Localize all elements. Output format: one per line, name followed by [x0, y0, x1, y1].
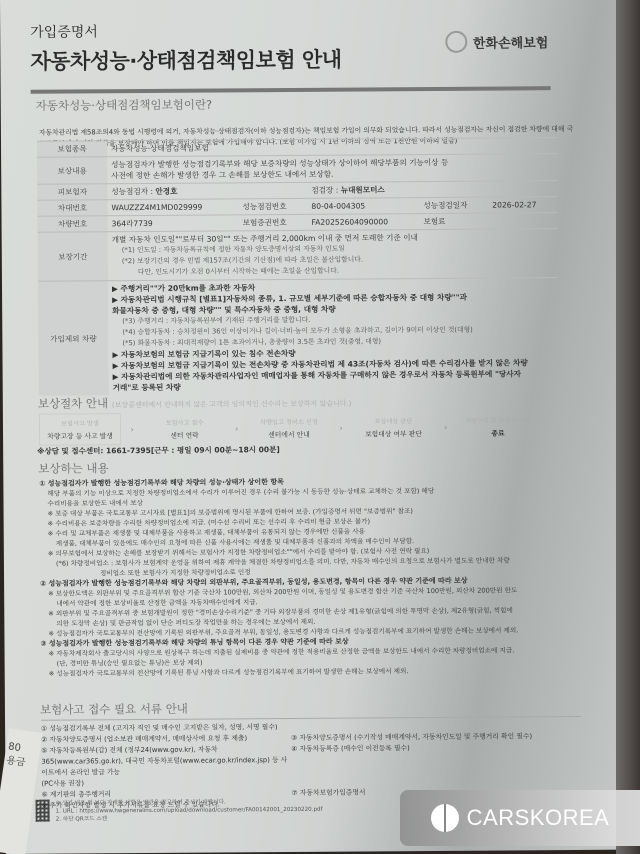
chevron-right-icon: › [444, 422, 447, 431]
insured-label: 피보험자 [37, 184, 107, 200]
chevron-right-icon: › [340, 423, 343, 432]
certificate-paper: 가입증명서 자동차성능·상태점검책임보험 안내 한화손해보험 자동차성능·상태점… [0, 0, 624, 854]
intro-heading: 자동차성능·상태점검책임보험이란? [36, 97, 213, 114]
document-item: ④ 자동차등록증 (매수인 이전등록 필수) [291, 743, 410, 777]
inspector-name: 안경호 [155, 187, 177, 196]
step-desc: 센터에서 안내 [248, 429, 330, 440]
inspection-no-label: 성능점검번호 [238, 198, 307, 214]
procedure-title: 보상절차 안내 [38, 396, 108, 410]
shop-label: 점검장 : [311, 186, 338, 195]
insurance-type-label: 보험종목 [37, 141, 107, 157]
period-note: 다만, 인도시기가 오전 0시부터 시작하는 때에는 초일을 산입합니다. [112, 264, 554, 278]
insurer-brand: 한화손해보험 [445, 30, 549, 53]
exclusion-label: 가입제외 차량 [38, 281, 109, 396]
step-report: 보험사고 접수 센터 연락 [143, 417, 225, 440]
shop-name: 뉴대원모터스 [341, 185, 385, 194]
vin-label: 차대번호 [37, 200, 107, 216]
policy-info-table: 보험종목 자동차성능·상태점검책임보험 보상내용 성능점검자가 발행한 성능점검… [37, 137, 559, 396]
brand-name: 한화손해보험 [473, 32, 548, 52]
document-row: ⑤ 자동차등록원부(갑) 전체 (정부24(www.gov.kr), 자동차36… [41, 742, 601, 779]
procedure-heading: 보상절차 안내 (보상콜센터에서 안내하지 않은 고객의 임의적인 선수리는 보… [38, 394, 352, 412]
policy-no-label: 보험증권번호 [239, 214, 308, 230]
background-edge [616, 0, 640, 854]
shop-cell: 점검장 : 뉴대원모터스 [307, 181, 557, 199]
inspection-date-value: 2026-02-27 [488, 197, 557, 213]
coverage-details: ① 성능점검자가 발행한 성능점검기록부와 해당 차량의 성능·상태가 상이한 … [39, 475, 600, 679]
table-row: 보장기간 개별 자동차 인도일""로부터 30일"" 또는 주행거리 2,000… [38, 229, 558, 282]
step-judgement: 보상대상 판단 보험대상 여부 판단 [352, 416, 434, 439]
exclusion-line: 거래"로 등록된 차량 [113, 379, 555, 393]
title-divider [31, 86, 551, 94]
premium-value [488, 213, 557, 229]
chevron-right-icon: › [131, 425, 134, 434]
vin-value: WAUZZZ4M1MD029999 [107, 199, 238, 216]
carskorea-logo-icon [431, 804, 459, 832]
carskorea-watermark: CARSKOREA [400, 790, 640, 846]
footer-qr-note: 2. 하단 QR코드 스캔 [56, 814, 323, 824]
exclusion-value: ▶ 주행거리""가 20만km를 초과한 자동차 ▶ 자동차관리법 시행규칙 [… [108, 278, 559, 396]
coverage-heading: 보상하는 내용 [38, 460, 108, 476]
step-desc: 보험대상 여부 판단 [352, 428, 434, 439]
documents-heading: 보험사고 접수 필요 서류 안내 [40, 701, 188, 718]
hanwha-logo-icon [445, 31, 467, 53]
step-title: 차량입고 정비소 선정 [248, 417, 330, 427]
plate-label: 차량번호 [38, 216, 108, 232]
contact-center: ※상담 및 접수센터: 1661-7395[근무 : 평일 09시 00분~18… [37, 444, 280, 457]
step-desc: 센터 연락 [143, 429, 225, 440]
period-label: 보장기간 [38, 232, 108, 281]
premium-label: 보험료 [419, 213, 488, 229]
step-payment: 차량수리 및 보험금 지급 종료 [457, 415, 539, 438]
inspector-cell: 성능점검자 : 안경호 [107, 182, 307, 199]
chevron-right-icon: › [235, 424, 238, 433]
document-item: ③ 자동차양도증명서 (수기작성 매매계약서, 자동차인도일 및 주행거리 확인… [291, 731, 532, 744]
step-title: 보험사고 접수 [143, 417, 225, 427]
step-accident: 보험사고 발생 차량고장 등 사고 발생 [39, 413, 121, 446]
qr-code-icon[interactable] [36, 800, 50, 822]
watermark-text: CARSKOREA [467, 805, 610, 831]
inspection-date-label: 성능점검일자 [419, 197, 488, 213]
table-row: 보상내용 성능점검자가 발행한 성능점검기록부와 해당 보증차량의 성능상태가 … [37, 154, 557, 185]
step-title: 보상대상 판단 [352, 416, 434, 426]
coverage-label: 보상내용 [37, 157, 107, 184]
step-desc: 종료 [457, 427, 539, 438]
plate-value: 364라7739 [108, 215, 239, 232]
policy-no-value: FA20252604090000 [307, 214, 419, 231]
table-row: 가입제외 차량 ▶ 주행거리""가 20만km를 초과한 자동차 ▶ 자동차관리… [38, 278, 559, 396]
procedure-note: (보상콜센터에서 안내하지 않은 고객의 임의적인 선수리는 보상하지 않습니다… [112, 400, 352, 410]
inspection-no-value: 80-04-004305 [307, 198, 419, 215]
step-title: 차량수리 및 보험금 지급 [457, 415, 539, 425]
coverage-value: 성능점검자가 발행한 성능점검기록부와 해당 보증차량의 성능상태가 상이하여 … [107, 154, 557, 184]
period-value: 개별 자동차 인도일""로부터 30일"" 또는 주행거리 2,000km 이내… [108, 229, 558, 281]
footer: ※ 상기 내용 외 보다 자세한 사항은 약관을 참고하여 주시기 바랍니다. … [36, 798, 323, 824]
document-item: ⑤ 자동차등록원부(갑) 전체 (정부24(www.gov.kr), 자동차36… [41, 744, 291, 779]
step-repair-shop: 차량입고 정비소 선정 센터에서 안내 [248, 417, 330, 440]
procedure-steps: 보험사고 발생 차량고장 등 사고 발생 › 보험사고 접수 센터 연락 › 차… [39, 410, 539, 445]
coverage-line: 사전에 정한 손해가 발생한 경우 그 손해를 보상한도 내에서 보상함. [111, 167, 553, 181]
step-desc: 차량고장 등 사고 발생 [40, 430, 120, 441]
step-title: 보험사고 발생 [40, 418, 120, 428]
inspector-label: 성능점검자 : [111, 187, 153, 196]
